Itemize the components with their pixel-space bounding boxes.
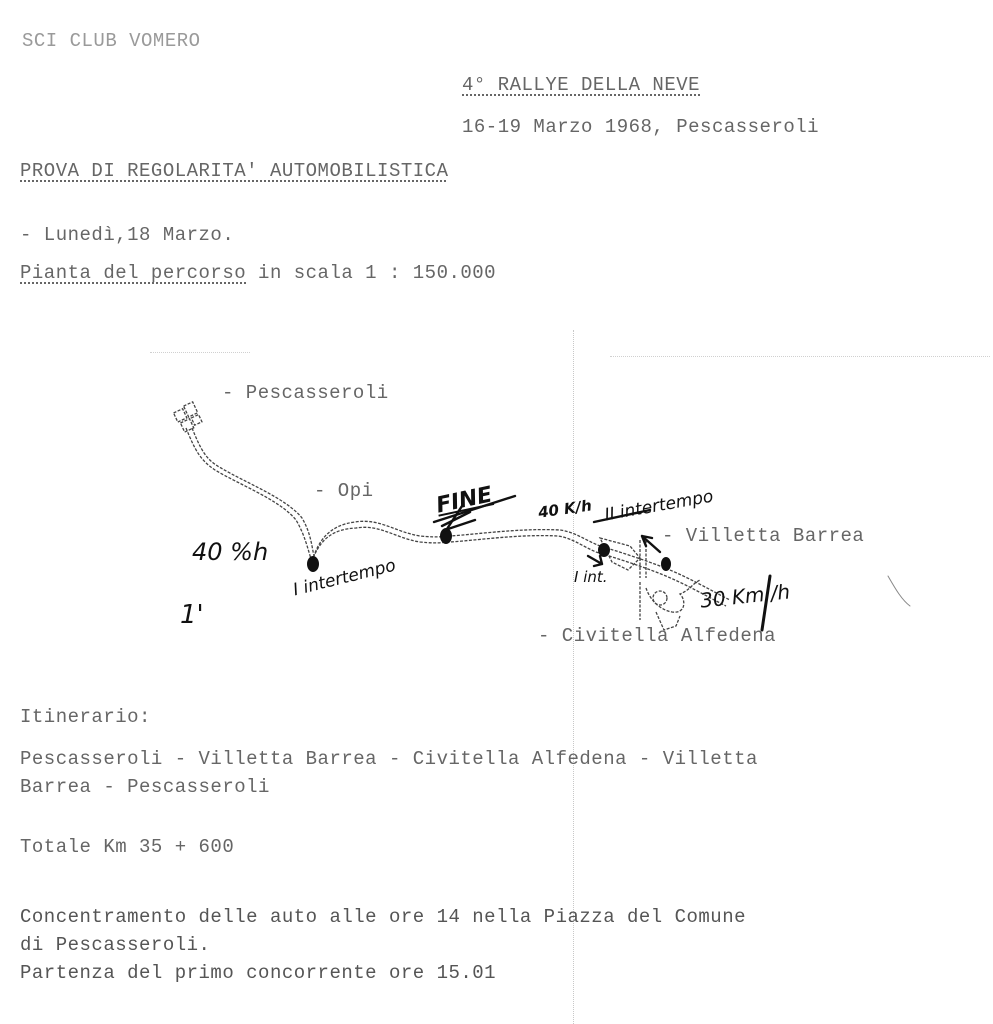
day-line: - Lunedì,18 Marzo. [20, 224, 234, 246]
section-title: PROVA DI REGOLARITA' AUTOMOBILISTICA [20, 160, 448, 182]
route-map: - Pescasseroli - Opi - Villetta Barrea -… [0, 300, 993, 690]
place-villetta-barrea: - Villetta Barrea [662, 525, 864, 547]
itinerary-line-2: Barrea - Pescasseroli [20, 776, 270, 798]
pescasseroli-town-icon [173, 402, 203, 433]
route-drawing [0, 300, 993, 690]
itinerary-line-1: Pescasseroli - Villetta Barrea - Civitel… [20, 748, 758, 770]
handwritten-intertempo-3: I int. [574, 568, 608, 586]
map-caption-scale: in scala 1 : 150.000 [246, 262, 496, 284]
arrow-icon [642, 536, 660, 552]
place-opi: - Opi [314, 480, 374, 502]
place-pescasseroli: - Pescasseroli [222, 382, 389, 404]
place-civitella-alfedena: - Civitella Alfedena [538, 625, 776, 647]
checkpoint-marker [307, 556, 319, 572]
handwritten-one-minute: 1' [180, 600, 204, 630]
arrow-icon [588, 556, 602, 566]
checkpoint-marker [661, 557, 671, 571]
event-title: 4° RALLYE DELLA NEVE [462, 74, 700, 96]
handwritten-speed-left: 40 %h [192, 538, 268, 566]
meeting-line-2: di Pescasseroli. [20, 934, 210, 956]
map-caption-underlined: Pianta del percorso [20, 262, 246, 284]
club-name: SCI CLUB VOMERO [22, 30, 201, 52]
event-dates: 16-19 Marzo 1968, Pescasseroli [462, 116, 819, 138]
meeting-line-1: Concentramento delle auto alle ore 14 ne… [20, 906, 746, 928]
itinerary-total: Totale Km 35 + 600 [20, 836, 234, 858]
meeting-line-3: Partenza del primo concorrente ore 15.01 [20, 962, 496, 984]
map-caption: Pianta del percorso in scala 1 : 150.000 [20, 262, 496, 284]
itinerary-label: Itinerario: [20, 706, 151, 728]
